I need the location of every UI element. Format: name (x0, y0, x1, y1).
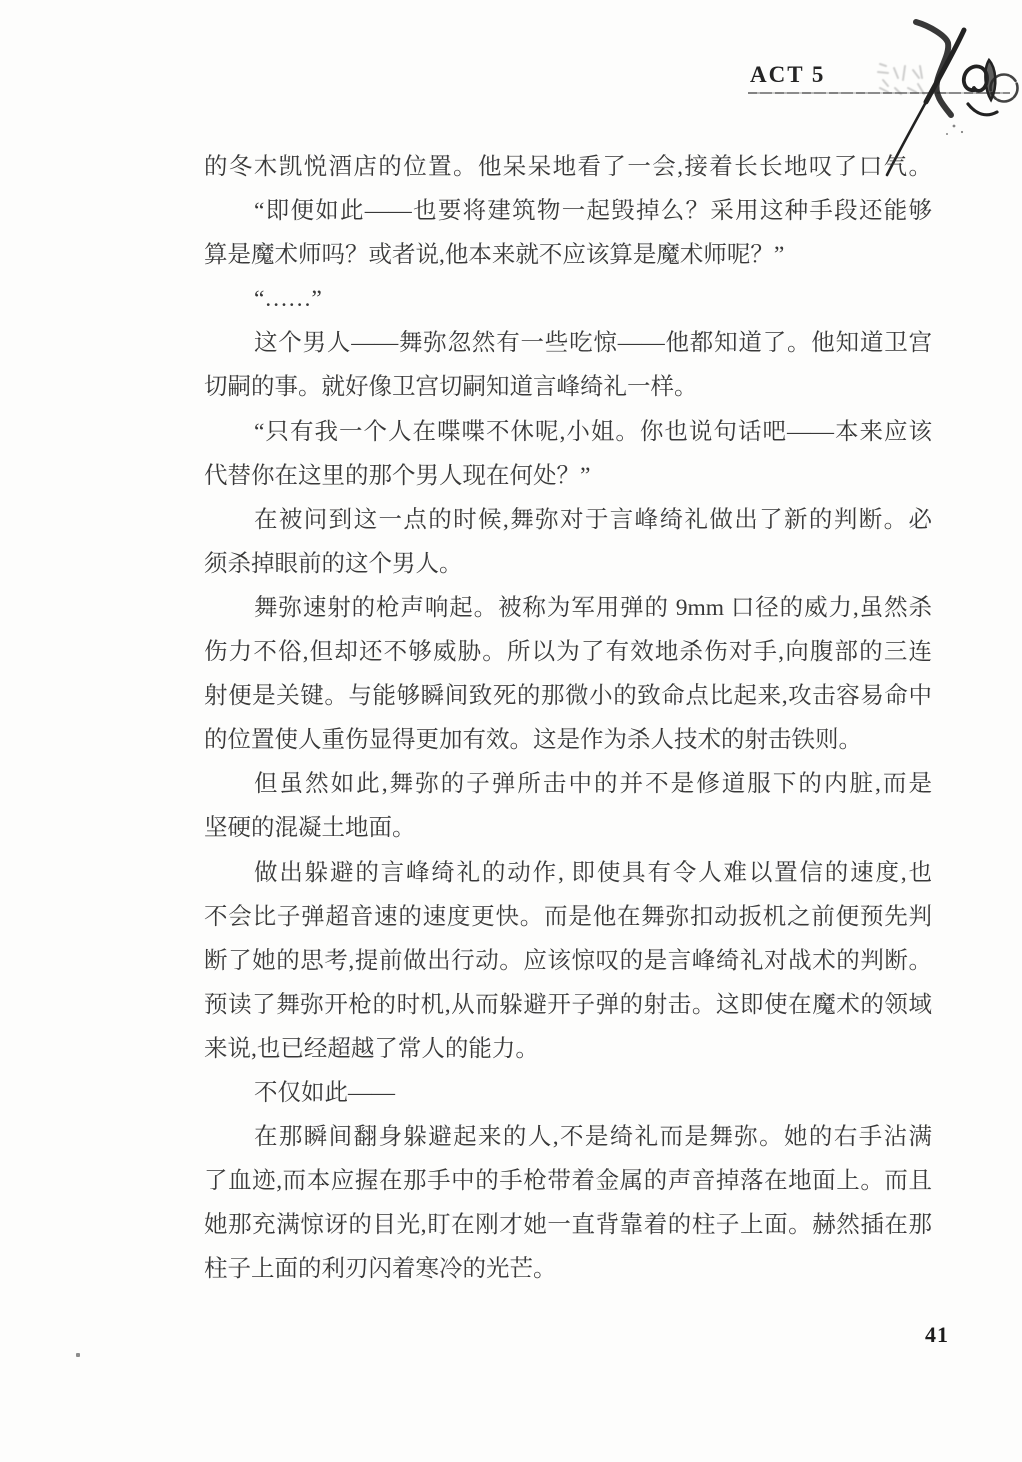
text-line: 代替你在这里的那个男人现在何处？” (204, 454, 932, 498)
text-line: “……” (204, 277, 932, 321)
text-line: 坚硬的混凝土地面。 (204, 806, 932, 850)
text-line: 的冬木凯悦酒店的位置。他呆呆地看了一会,接着长长地叹了口气。 (204, 145, 932, 189)
text-line: 射便是关键。与能够瞬间致死的那微小的致命点比起来,攻击容易命中 (204, 674, 932, 718)
text-line: 舞弥速射的枪声响起。被称为军用弹的 9mm 口径的威力,虽然杀 (204, 586, 932, 630)
text-line: 但虽然如此,舞弥的子弹所击中的并不是修道服下的内脏,而是 (204, 762, 932, 806)
text-line: 断了她的思考,提前做出行动。应该惊叹的是言峰绮礼对战术的判断。 (204, 939, 932, 983)
text-line: 不会比子弹超音速的速度更快。而是他在舞弥扣动扳机之前便预先判 (204, 895, 932, 939)
text-line: 做出躲避的言峰绮礼的动作, 即使具有令人难以置信的速度,也 (204, 851, 932, 895)
text-line: 须杀掉眼前的这个男人。 (204, 542, 932, 586)
book-page: ACT 5 的冬木 (0, 0, 1022, 1462)
act-header-label: ACT 5 (750, 62, 825, 88)
text-line: 在那瞬间翻身躲避起来的人,不是绮礼而是舞弥。她的右手沾满 (204, 1115, 932, 1159)
text-line: 预读了舞弥开枪的时机,从而躲避开子弹的射击。这即使在魔术的领域 (204, 983, 932, 1027)
text-line: “只有我一个人在喋喋不休呢,小姐。你也说句话吧——本来应该 (204, 410, 932, 454)
text-line: “即便如此——也要将建筑物一起毁掉么？采用这种手段还能够 (204, 189, 932, 233)
text-line: 了血迹,而本应握在那手中的手枪带着金属的声音掉落在地面上。而且 (204, 1159, 932, 1203)
text-line: 在被问到这一点的时候,舞弥对于言峰绮礼做出了新的判断。必 (204, 498, 932, 542)
text-line: 她那充满惊讶的目光,盯在刚才她一直背靠着的柱子上面。赫然插在那 (204, 1203, 932, 1247)
text-line: 的位置使人重伤显得更加有效。这是作为杀人技术的射击铁则。 (204, 718, 932, 762)
text-line: 不仅如此—— (204, 1071, 932, 1115)
page-number: 41 (925, 1322, 949, 1348)
text-line: 切嗣的事。就好像卫宫切嗣知道言峰绮礼一样。 (204, 365, 932, 409)
text-line: 这个男人——舞弥忽然有一些吃惊——他都知道了。他知道卫宫 (204, 321, 932, 365)
text-line: 算是魔术师吗？或者说,他本来就不应该算是魔术师呢？” (204, 233, 932, 277)
text-line: 伤力不俗,但却还不够威胁。所以为了有效地杀伤对手,向腹部的三连 (204, 630, 932, 674)
scan-speck (76, 1353, 80, 1357)
text-line: 来说,也已经超越了常人的能力。 (204, 1027, 932, 1071)
body-text: 的冬木凯悦酒店的位置。他呆呆地看了一会,接着长长地叹了口气。 “即便如此——也要… (204, 145, 932, 1291)
text-line: 柱子上面的利刃闪着寒冷的光芒。 (204, 1247, 932, 1291)
